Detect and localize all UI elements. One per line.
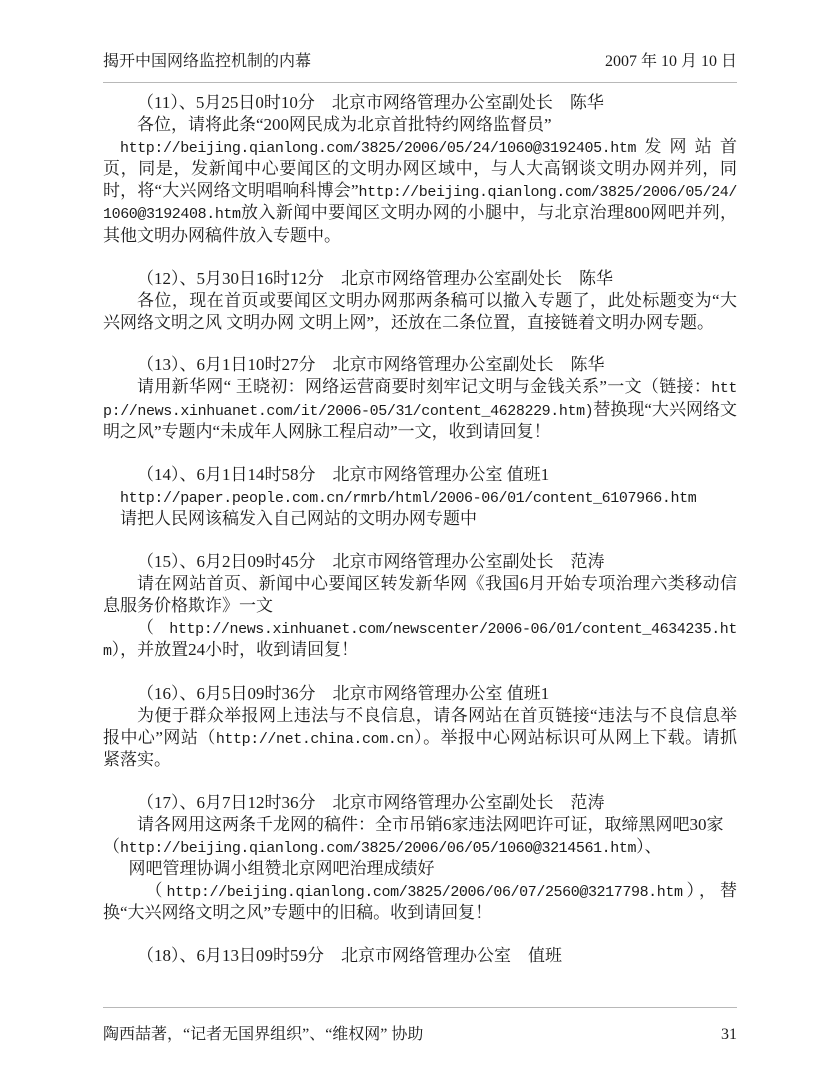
body-text: 请用新华网“ 王晓初：网络运营商要时刻牢记文明与金钱关系”一文（链接： bbox=[137, 377, 711, 396]
entry-13: （13）、6月1日10时27分 北京市网络管理办公室副处长 陈华 请用新华网“ … bbox=[103, 354, 737, 443]
header-date: 2007 年 10 月 10 日 bbox=[605, 48, 737, 71]
entry-heading: （17）、6月7日12时36分 北京市网络管理办公室副处长 范涛 bbox=[103, 792, 737, 814]
entry-14: （14）、6月1日14时58分 北京市网络管理办公室 值班1 http://pa… bbox=[103, 464, 737, 530]
entry-18: （18）、6月13日09时59分 北京市网络管理办公室 值班 bbox=[103, 945, 737, 967]
url-text: http://net.china.com.cn bbox=[216, 731, 414, 748]
paragraph: http://beijing.qianlong.com/3825/2006/05… bbox=[103, 136, 737, 247]
url-text: http://paper.people.com.cn/rmrb/html/200… bbox=[120, 490, 696, 507]
document-body: （11）、5月25日0时10分 北京市网络管理办公室副处长 陈华 各位，请将此条… bbox=[103, 92, 737, 988]
url-text: http://beijing.qianlong.com/3825/2006/05… bbox=[120, 140, 636, 157]
paragraph: 请把人民网该稿发入自己网站的文明办网专题中 bbox=[103, 508, 737, 530]
page-footer: 陶西喆著，“记者无国界组织”、“维权网” 协助 31 bbox=[103, 1007, 737, 1044]
entry-heading: （16）、6月5日09时36分 北京市网络管理办公室 值班1 bbox=[103, 683, 737, 705]
entry-heading: （14）、6月1日14时58分 北京市网络管理办公室 值班1 bbox=[103, 464, 737, 486]
entry-heading: （18）、6月13日09时59分 北京市网络管理办公室 值班 bbox=[103, 945, 737, 967]
paragraph: （http://beijing.qianlong.com/3825/2006/0… bbox=[103, 880, 737, 924]
document-title: 揭开中国网络监控机制的内幕 bbox=[103, 48, 311, 71]
entry-heading: （12）、5月30日16时12分 北京市网络管理办公室副处长 陈华 bbox=[103, 268, 737, 290]
page-header: 揭开中国网络监控机制的内幕 2007 年 10 月 10 日 bbox=[103, 48, 737, 83]
paragraph: （http://beijing.qianlong.com/3825/2006/0… bbox=[103, 836, 737, 858]
paragraph: 请各网用这两条千龙网的稿件：全市吊销6家违法网吧许可证，取缔黑网吧30家 bbox=[103, 814, 737, 836]
paragraph: 为便于群众举报网上违法与不良信息，请各网站在首页链接“违法与不良信息举报中心”网… bbox=[103, 705, 737, 771]
footer-credit: 陶西喆著，“记者无国界组织”、“维权网” 协助 bbox=[103, 1021, 423, 1044]
paragraph: 各位，请将此条“200网民成为北京首批特约网络监督员” bbox=[103, 114, 737, 136]
document-page: 揭开中国网络监控机制的内幕 2007 年 10 月 10 日 （11）、5月25… bbox=[0, 0, 835, 1080]
paragraph: （http://news.xinhuanet.com/newscenter/20… bbox=[103, 617, 737, 662]
paragraph: 各位，现在首页或要闻区文明办网那两条稿可以撤入专题了，此处标题变为“大兴网络文明… bbox=[103, 290, 737, 334]
entry-heading: （13）、6月1日10时27分 北京市网络管理办公室副处长 陈华 bbox=[103, 354, 737, 376]
paragraph: 请在网站首页、新闻中心要闻区转发新华网《我国6月开始专项治理六类移动信息服务价格… bbox=[103, 573, 737, 617]
entry-11: （11）、5月25日0时10分 北京市网络管理办公室副处长 陈华 各位，请将此条… bbox=[103, 92, 737, 247]
entry-16: （16）、6月5日09时36分 北京市网络管理办公室 值班1 为便于群众举报网上… bbox=[103, 683, 737, 771]
paragraph: http://paper.people.com.cn/rmrb/html/200… bbox=[103, 486, 737, 508]
body-text: （ bbox=[103, 837, 120, 856]
body-text: （ bbox=[137, 618, 169, 637]
paragraph: 网吧管理协调小组赞北京网吧治理成绩好 bbox=[103, 858, 737, 880]
url-text: http://beijing.qianlong.com/3825/2006/06… bbox=[120, 840, 636, 857]
entry-17: （17）、6月7日12时36分 北京市网络管理办公室副处长 范涛 请各网用这两条… bbox=[103, 792, 737, 924]
body-text: ），并放置24小时，收到请回复！ bbox=[112, 640, 359, 659]
entry-heading: （15）、6月2日09时45分 北京市网络管理办公室副处长 范涛 bbox=[103, 551, 737, 573]
entry-15: （15）、6月2日09时45分 北京市网络管理办公室副处长 范涛 请在网站首页、… bbox=[103, 551, 737, 661]
page-number: 31 bbox=[721, 1026, 737, 1044]
url-text: http://beijing.qianlong.com/3825/2006/06… bbox=[166, 884, 682, 901]
body-text: （ bbox=[146, 881, 167, 900]
body-text: ）、 bbox=[636, 837, 662, 856]
entry-12: （12）、5月30日16时12分 北京市网络管理办公室副处长 陈华 各位，现在首… bbox=[103, 268, 737, 334]
entry-heading: （11）、5月25日0时10分 北京市网络管理办公室副处长 陈华 bbox=[103, 92, 737, 114]
paragraph: 请用新华网“ 王晓初：网络运营商要时刻牢记文明与金钱关系”一文（链接：http:… bbox=[103, 376, 737, 443]
